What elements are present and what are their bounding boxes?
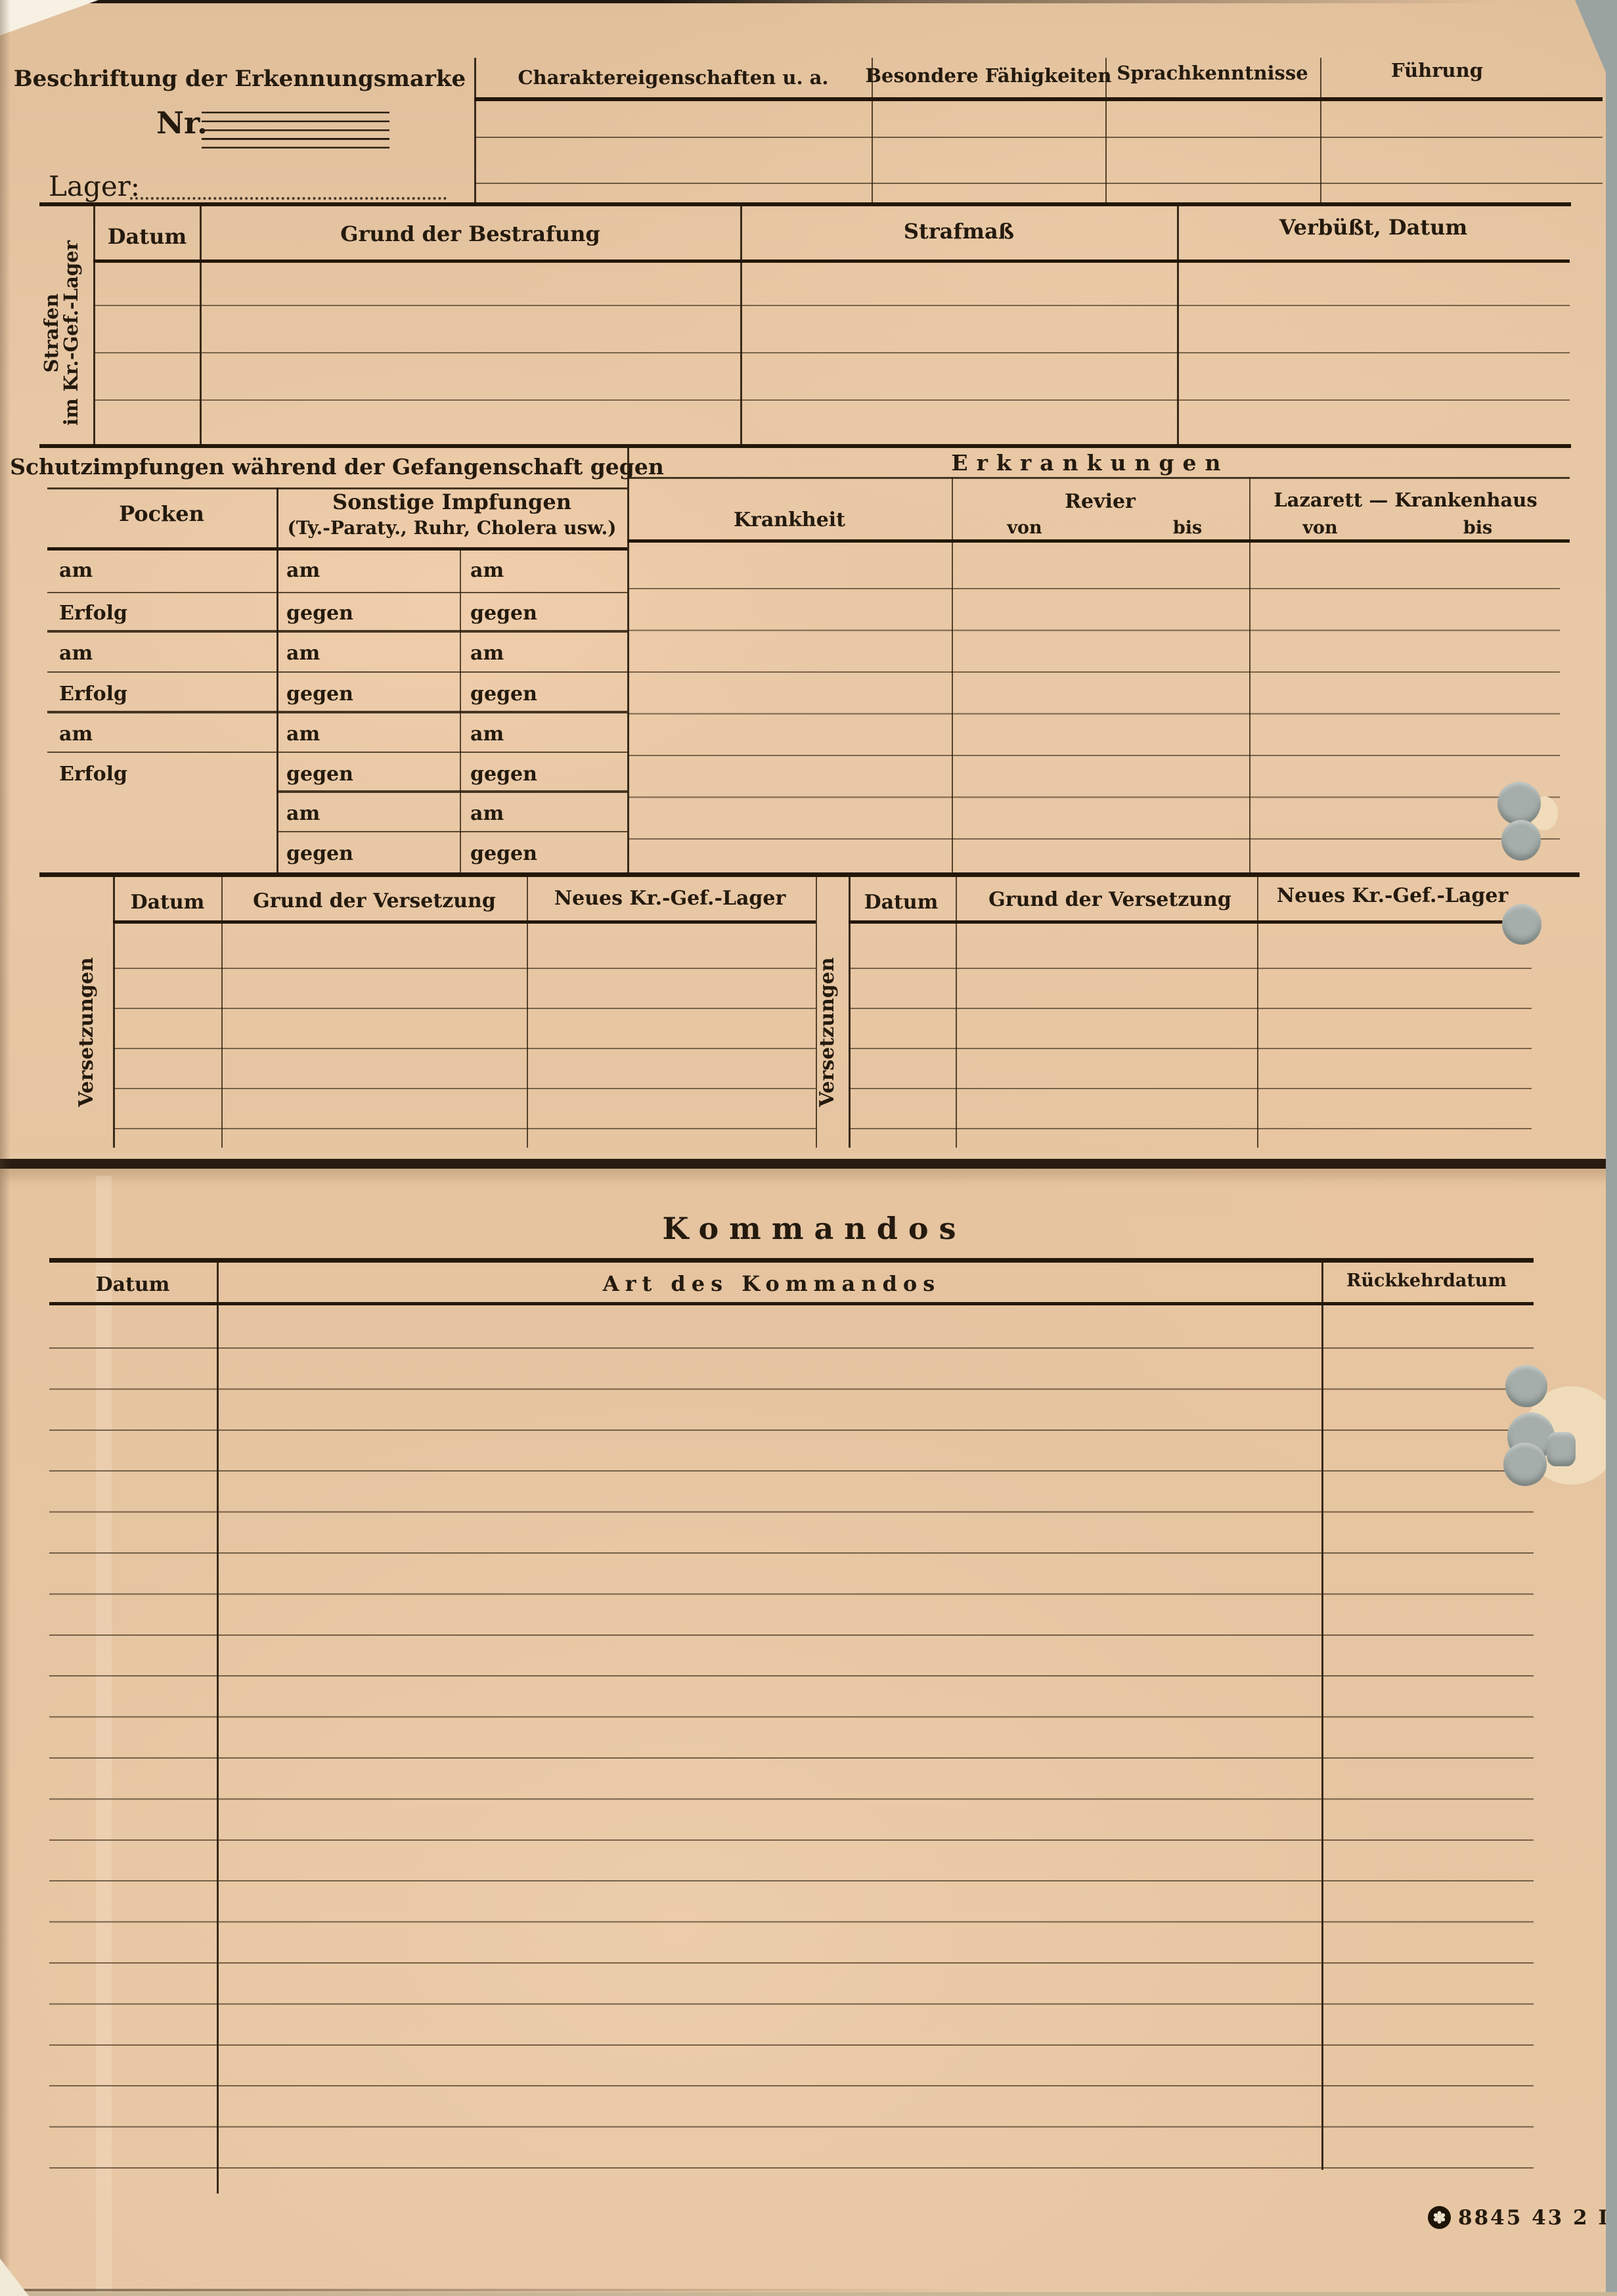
work-details-col-date: Datum xyxy=(96,1274,170,1295)
illnesses-title: Erkrankungen xyxy=(951,452,1229,475)
vaccination-row-label: gegen xyxy=(470,684,537,705)
scan-bottom-strip xyxy=(0,2292,1617,2296)
id-block-title: Beschriftung der Erkennungsmarke xyxy=(14,68,466,91)
printer-union-mark-icon: ✽ xyxy=(1428,2206,1451,2229)
vaccination-row-label: am xyxy=(286,803,320,824)
vaccination-row-label: gegen xyxy=(286,603,353,624)
illnesses-col-sickbay: Revier xyxy=(1065,491,1136,512)
punch-hole xyxy=(1502,904,1541,945)
assessment-col-skills: Besondere Fähigkeiten xyxy=(866,66,1112,85)
id-number-label: Nr. xyxy=(156,107,208,139)
vaccination-row-label: gegen xyxy=(470,603,537,624)
illnesses-row-lines xyxy=(627,588,1560,841)
assessment-col-conduct: Führung xyxy=(1391,60,1483,80)
transfers-left-row-lines xyxy=(113,968,816,1131)
scan-edge-top xyxy=(0,0,1563,3)
work-details-row-lines xyxy=(49,1347,1534,2170)
punishments-col-date: Datum xyxy=(108,226,187,248)
vaccination-row-label: gegen xyxy=(286,684,353,705)
transfers-left-col-newcamp: Neues Kr.-Gef.-Lager xyxy=(554,888,786,909)
work-details-col-type: Art des Kommandos xyxy=(603,1273,941,1295)
illnesses-sickbay-to: bis xyxy=(1173,519,1202,537)
vaccination-row-label: Erfolg xyxy=(59,603,127,624)
vaccination-row-label: am xyxy=(470,724,504,745)
assessment-row-lines xyxy=(474,137,1603,186)
vaccination-row-label: am xyxy=(470,803,504,824)
vaccination-row-label: am xyxy=(286,643,320,664)
illnesses-col-disease: Krankheit xyxy=(734,510,845,531)
vaccination-row-label: am xyxy=(59,560,93,581)
scan-edge-left xyxy=(0,0,11,2296)
punch-hole xyxy=(1501,820,1541,861)
camp-dotted-field xyxy=(130,172,447,200)
transfers-left-col-reason: Grund der Versetzung xyxy=(253,891,496,912)
vaccination-row-label: am xyxy=(59,724,93,745)
illnesses-hospital-from: von xyxy=(1302,519,1337,537)
vaccination-row-label: am xyxy=(286,560,320,581)
scan-edge-right xyxy=(1606,0,1617,2296)
vaccination-row-label: Erfolg xyxy=(59,684,127,705)
transfers-side-label-right: Versetzungen xyxy=(817,962,841,1107)
vaccination-row-label: Erfolg xyxy=(59,764,127,785)
illnesses-hospital-to: bis xyxy=(1463,519,1492,537)
illnesses-sickbay-from: von xyxy=(1007,519,1042,537)
print-code: 8845 43 2 D xyxy=(1458,2207,1617,2229)
punishments-side-label: Strafen im Kr.-Gef.-Lager xyxy=(41,235,93,432)
vaccination-row-label: gegen xyxy=(470,844,537,865)
transfers-left-col-date: Datum xyxy=(131,892,205,913)
vaccination-row-label: gegen xyxy=(470,764,537,785)
vaccination-row-label: am xyxy=(470,560,504,581)
transfers-right-row-lines xyxy=(849,968,1532,1131)
punishments-col-served: Verbüßt, Datum xyxy=(1279,217,1468,239)
scan-corner-top-left xyxy=(0,0,99,35)
vaccinations-col-other-line1: Sonstige Impfungen xyxy=(332,491,571,514)
vaccination-row-label: am xyxy=(470,643,504,664)
punishments-col-reason: Grund der Bestrafung xyxy=(340,223,600,246)
punch-hole xyxy=(1503,1443,1547,1486)
transfers-right-col-newcamp: Neues Kr.-Gef.-Lager xyxy=(1277,886,1509,907)
vaccination-row-label: am xyxy=(286,724,320,745)
punch-hole xyxy=(1505,1365,1547,1407)
assessment-col-character: Charaktereigenschaften u. a. xyxy=(518,68,828,87)
work-details-title: Kommandos xyxy=(663,1213,967,1244)
vaccination-row-label: gegen xyxy=(286,844,353,865)
transfers-side-label-left: Versetzungen xyxy=(76,962,100,1107)
vaccinations-title: Schutzimpfungen während der Gefangenscha… xyxy=(10,456,664,479)
camp-label: Lager: xyxy=(49,172,140,201)
vaccinations-col-other-line2: (Ty.-Paraty., Ruhr, Cholera usw.) xyxy=(287,518,616,537)
vaccination-row-label: am xyxy=(59,643,93,664)
punch-hole xyxy=(1497,782,1541,825)
card-fold-seam xyxy=(0,1159,1617,1169)
punishments-row-lines xyxy=(93,305,1570,402)
scan-edge-bottom xyxy=(0,2289,985,2291)
id-number-ruled-field xyxy=(202,112,389,150)
pow-record-card-back: Beschriftung der Erkennungsmarke Nr. Lag… xyxy=(0,0,1617,2296)
transfers-right-col-date: Datum xyxy=(864,892,939,913)
work-details-col-return-date: Rückkehrdatum xyxy=(1346,1272,1507,1290)
punishments-col-sentence: Strafmaß xyxy=(904,221,1014,243)
illnesses-col-hospital: Lazarett — Krankenhaus xyxy=(1274,490,1537,510)
vaccinations-col-smallpox: Pocken xyxy=(119,503,204,526)
assessment-col-languages: Sprachkenntnisse xyxy=(1117,63,1308,83)
punch-hole xyxy=(1547,1432,1576,1466)
vaccination-row-label: gegen xyxy=(286,764,353,785)
transfers-right-col-reason: Grund der Versetzung xyxy=(988,889,1231,911)
